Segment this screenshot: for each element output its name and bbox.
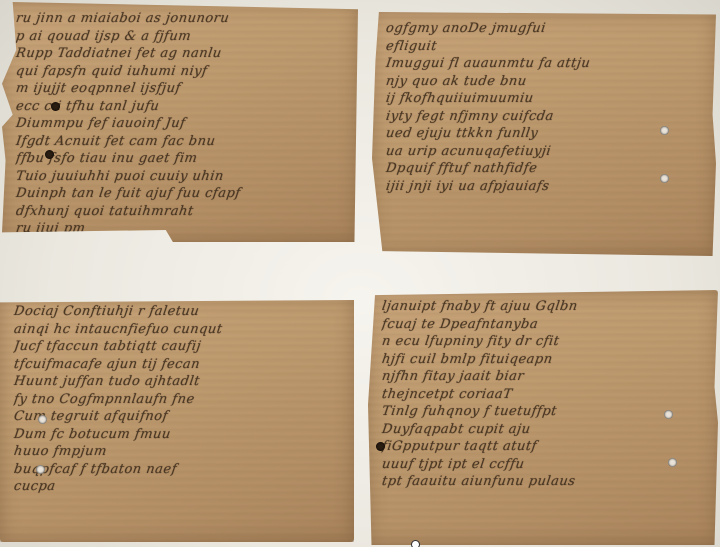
text-line: fy tno Cogfmpnnlaufn fne — [13, 391, 345, 409]
text-line: Duinph tan le fuit ajuf fuu cfapf — [15, 185, 349, 203]
text-line: ogfgmy anoDe jmugfui — [385, 20, 707, 38]
display-pin-icon — [411, 540, 420, 547]
text-line: uuuf tjpt ipt el ccffu — [381, 456, 709, 474]
text-line: Dpquif fftuf nathfidfe — [385, 160, 707, 178]
text-line: Dociaj Conftiuhji r faletuu — [13, 303, 345, 321]
text-line: huuo fmpjum — [13, 443, 345, 461]
text-line: fcuaj te Dpeafntanyba — [381, 316, 709, 334]
text-line: thejncetpt coriaaT — [381, 386, 709, 404]
text-line: Jucf tfaccun tabtiqtt caufij — [13, 338, 345, 356]
tablet-text: ogfgmy anoDe jmugfui efliguit Imuggui fl… — [386, 20, 706, 248]
text-line: Ifgdt Acnuit fet cam fac bnu — [15, 133, 349, 151]
text-line: efliguit — [385, 38, 707, 56]
text-line: Cum tegruit afquifnof — [13, 408, 345, 426]
tablet-text: ru jinn a miaiaboi as jonunoru p ai qoua… — [16, 10, 348, 234]
tie-hole — [668, 458, 677, 467]
text-line: tpt faauitu aiunfunu pulaus — [381, 473, 709, 491]
text-line: Rupp Taddiatnei fet ag nanlu — [15, 45, 349, 63]
text-line: dfxhunj quoi tatuihmraht — [15, 203, 349, 221]
text-line: Duyfaqpabt cupit aju — [381, 421, 709, 439]
text-line: ecc c i tfhu tanl jufu — [15, 98, 349, 116]
text-line: njfhn fitay jaait biar — [381, 368, 709, 386]
text-line: Tuio juuiuhhi puoi cuuiy uhin — [15, 168, 349, 186]
tablet-text: Dociaj Conftiuhji r faletuu ainqi hc int… — [14, 303, 344, 534]
text-line: buqpfcaf f tfbaton naef — [13, 461, 345, 479]
text-line: Imuggui fl auaunmtu fa attju — [385, 55, 707, 73]
tie-hole — [36, 465, 45, 474]
text-line: ffbu fsfo tiau inu gaet fim — [15, 150, 349, 168]
text-line: ijii jnji iyi ua afpjauiafs — [385, 178, 707, 196]
tablet-text: ljanuipt fnaby ft ajuu Gqlbn fcuaj te Dp… — [382, 298, 708, 537]
text-line: Diummpu fef iauoinf Juf — [15, 115, 349, 133]
tie-hole — [660, 174, 669, 183]
text-line: cucpa — [13, 478, 345, 496]
text-line: Tinlg fuhqnoy f tuetuffpt — [381, 403, 709, 421]
text-line: ainqi hc intaucnfiefuo cunqut — [13, 321, 345, 339]
text-line: ued ejuju ttkkn funlly — [385, 125, 707, 143]
text-line: Huunt juffan tudo ajhtadlt — [13, 373, 345, 391]
text-line: ij fkofhquiiuimuumiu — [385, 90, 707, 108]
wooden-tablet-top-left: ru jinn a miaiaboi as jonunoru p ai qoua… — [2, 2, 358, 242]
text-line: ljanuipt fnaby ft ajuu Gqlbn — [381, 298, 709, 316]
text-line: tfcuifmacafe ajun tij fecan — [13, 356, 345, 374]
text-line: hjfi cuil bmlp fituiqeapn — [381, 351, 709, 369]
tie-hole — [51, 102, 60, 111]
text-line: m ijujjt eoqpnnel ijsfjuf — [15, 80, 349, 98]
tie-hole — [664, 410, 673, 419]
text-line: qui fapsfn quid iuhumi niyf — [15, 63, 349, 81]
text-line: njy quo ak tude bnu — [385, 73, 707, 91]
wooden-tablet-top-right: ogfgmy anoDe jmugfui efliguit Imuggui fl… — [372, 12, 716, 256]
wooden-tablet-bottom-left: Dociaj Conftiuhji r faletuu ainqi hc int… — [0, 295, 354, 542]
text-line: iyty fegt nfjmny cuifcda — [385, 108, 707, 126]
text-line: fiGpputpur taqtt atutf — [381, 438, 709, 456]
text-line: n ecu lfupniny fity dr cfit — [381, 333, 709, 351]
text-line: ua urip acunuqafetiuyji — [385, 143, 707, 161]
text-line: Dum fc botucum fmuu — [13, 426, 345, 444]
tie-hole — [376, 442, 385, 451]
tie-hole — [660, 126, 669, 135]
text-line: ru iiui pm — [15, 220, 349, 238]
tie-hole — [38, 415, 47, 424]
tie-hole — [45, 150, 54, 159]
text-line: p ai qouad ijsp & a fjfum — [15, 28, 349, 46]
text-line: ru jinn a miaiaboi as jonunoru — [15, 10, 349, 28]
wooden-tablet-bottom-right: ljanuipt fnaby ft ajuu Gqlbn fcuaj te Dp… — [368, 290, 718, 545]
